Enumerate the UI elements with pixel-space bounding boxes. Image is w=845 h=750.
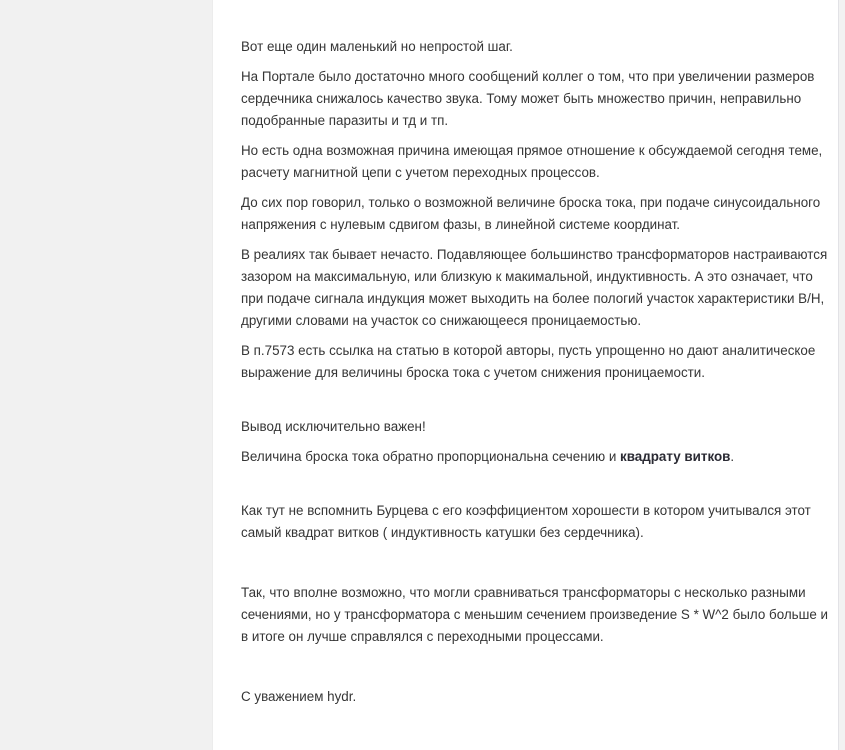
final-paragraph: Так, что вполне возможно, что могли срав…	[241, 582, 831, 648]
conclusion-suffix: .	[730, 449, 734, 464]
post-paragraph: До сих пор говорил, только о возможной в…	[241, 192, 831, 236]
conclusion-prefix: Величина броска тока обратно пропорциона…	[241, 449, 620, 464]
burtsev-paragraph: Как тут не вспомнить Бурцева с его коэфф…	[241, 500, 831, 544]
post-paragraph: В п.7573 есть ссылка на статью в которой…	[241, 340, 831, 384]
signature: С уважением hydr.	[241, 686, 831, 708]
conclusion-bold: квадрату витков	[620, 449, 730, 464]
post-body: Вот еще один маленький но непростой шаг.…	[241, 36, 831, 716]
post-paragraph: Но есть одна возможная причина имеющая п…	[241, 140, 831, 184]
post-paragraph: В реалиях так бывает нечасто. Подавляюще…	[241, 244, 831, 332]
left-gutter	[0, 0, 212, 750]
post-paragraph-heading: Вывод исключительно важен!	[241, 416, 831, 438]
post-paragraph: Вот еще один маленький но непростой шаг.	[241, 36, 831, 58]
post-paragraph: На Портале было достаточно много сообщен…	[241, 66, 831, 132]
conclusion-paragraph: Величина броска тока обратно пропорциона…	[241, 446, 831, 468]
forum-post: Вот еще один маленький но непростой шаг.…	[212, 0, 839, 750]
